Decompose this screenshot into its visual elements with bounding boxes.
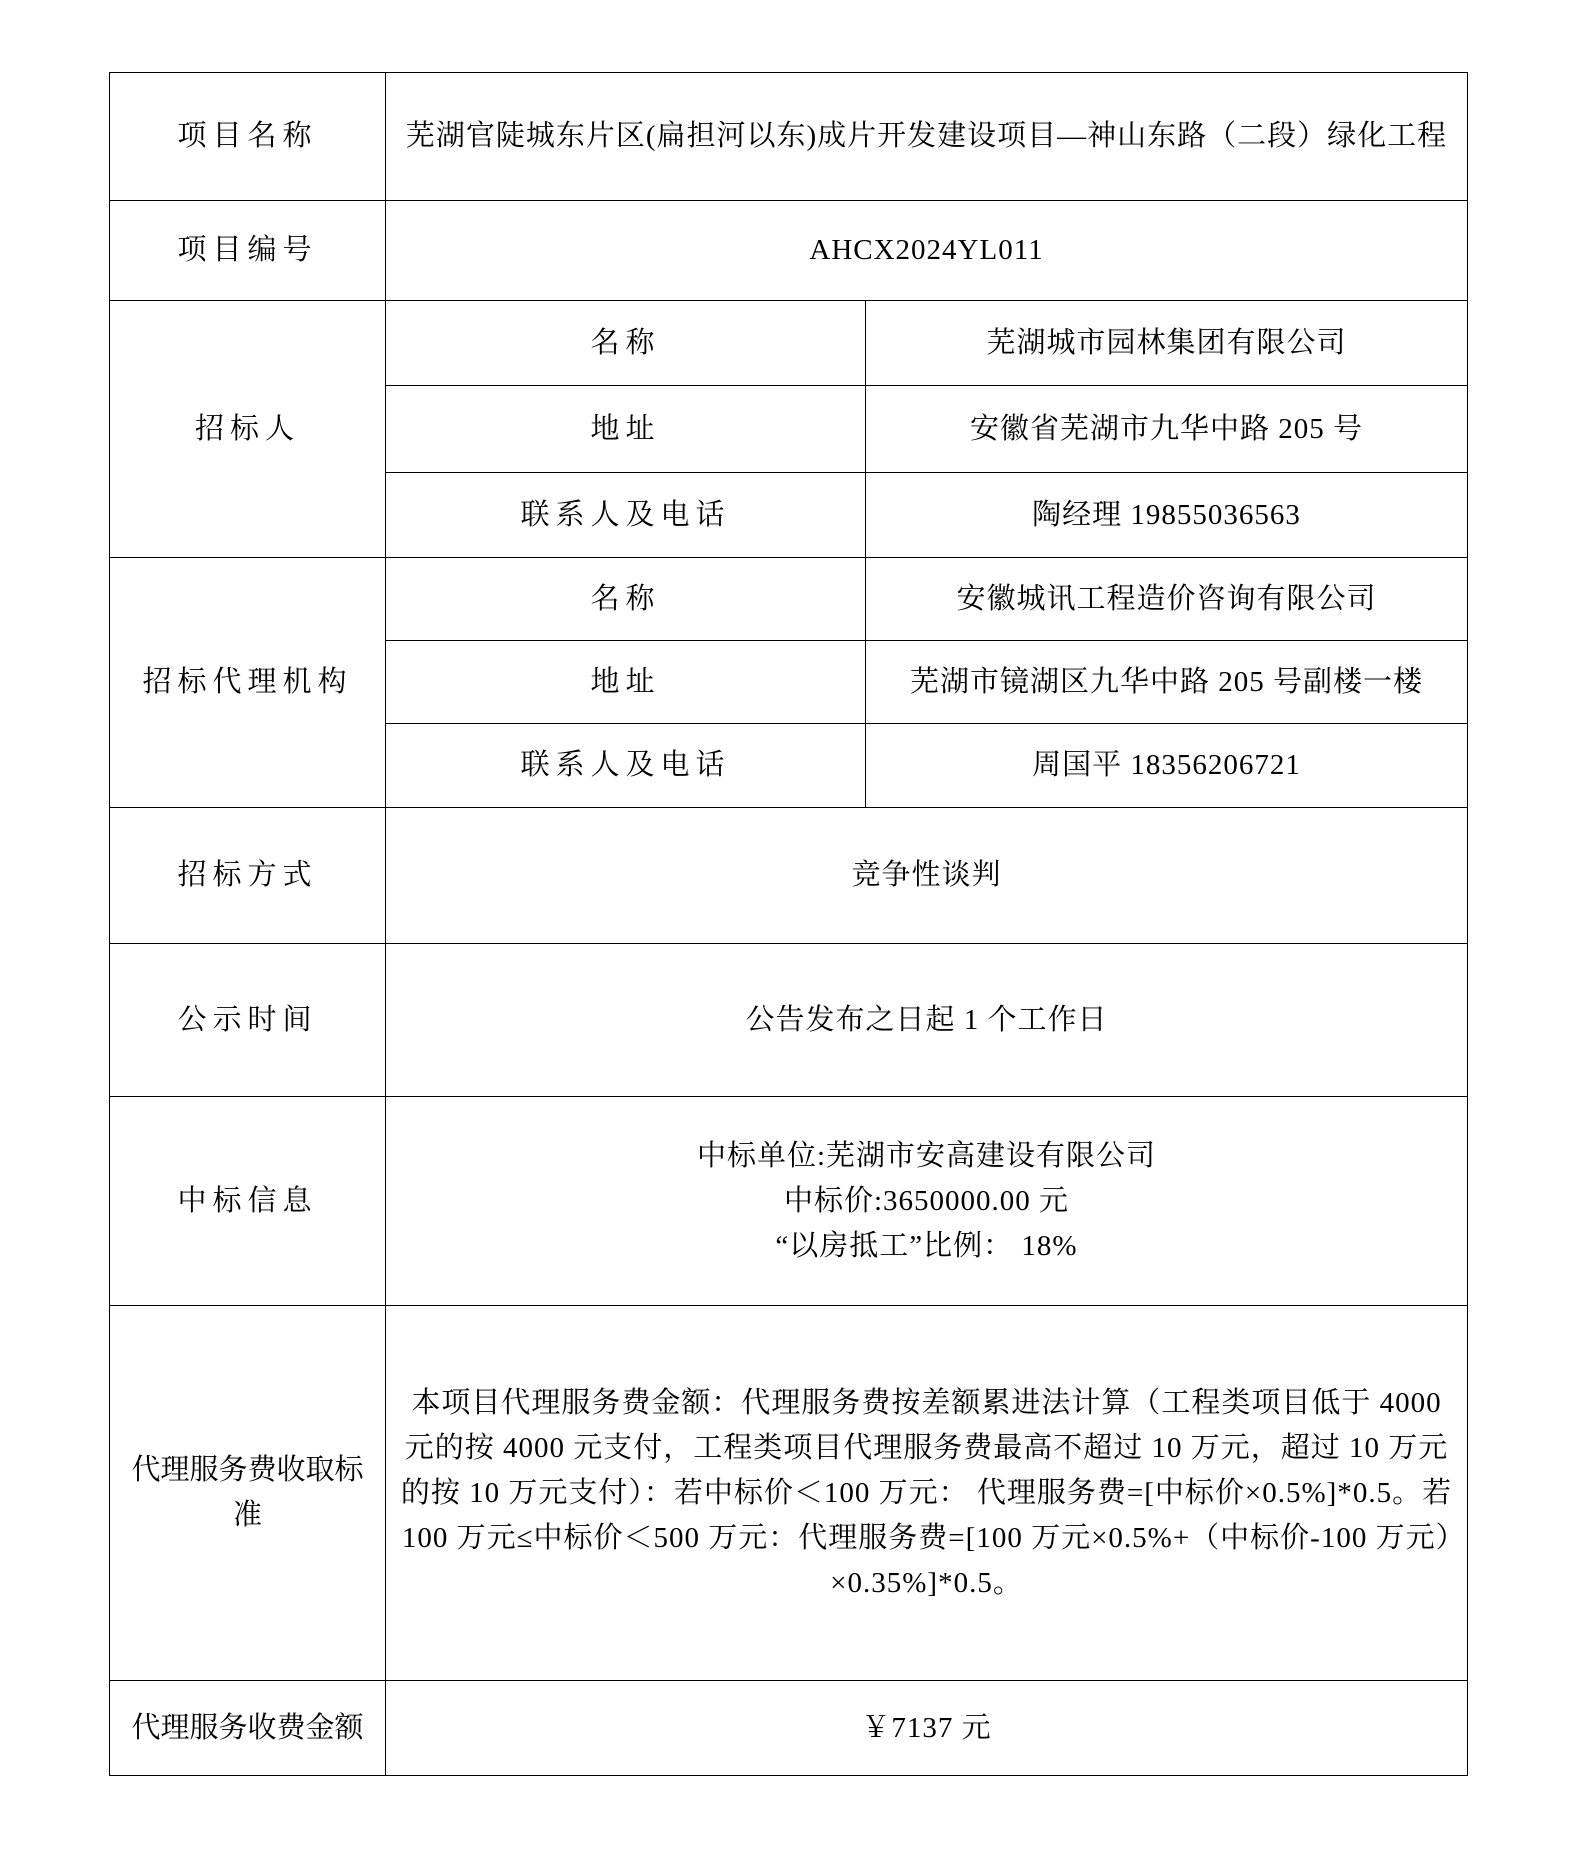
award-winner: 中标单位:芜湖市安高建设有限公司	[396, 1134, 1457, 1179]
publicity-value: 公告发布之日起 1 个工作日	[386, 944, 1468, 1097]
tenderer-address-value: 安徽省芜湖市九华中路 205 号	[866, 386, 1468, 473]
tenderer-label: 招标人	[110, 301, 386, 558]
agency-contact-label: 联系人及电话	[386, 724, 866, 808]
tenderer-contact-value: 陶经理 19855036563	[866, 473, 1468, 558]
tenderer-name-value: 芜湖城市园林集团有限公司	[866, 301, 1468, 386]
award-price: 中标价:3650000.00 元	[396, 1179, 1457, 1224]
award-label: 中标信息	[110, 1097, 386, 1306]
tenderer-address-label: 地址	[386, 386, 866, 473]
agency-label: 招标代理机构	[110, 558, 386, 808]
agency-address-label: 地址	[386, 641, 866, 724]
row-agency-name: 招标代理机构 名称 安徽城讯工程造价咨询有限公司	[110, 558, 1468, 641]
tenderer-contact-label: 联系人及电话	[386, 473, 866, 558]
agency-address-value: 芜湖市镜湖区九华中路 205 号副楼一楼	[866, 641, 1468, 724]
agency-name-value: 安徽城讯工程造价咨询有限公司	[866, 558, 1468, 641]
project-code-label: 项目编号	[110, 201, 386, 301]
fee-amount-label: 代理服务收费金额	[110, 1681, 386, 1776]
tenderer-name-label: 名称	[386, 301, 866, 386]
row-tenderer-name: 招标人 名称 芜湖城市园林集团有限公司	[110, 301, 1468, 386]
method-label: 招标方式	[110, 808, 386, 944]
row-project-name: 项目名称 芜湖官陡城东片区(扁担河以东)成片开发建设项目—神山东路（二段）绿化工…	[110, 73, 1468, 201]
announcement-page: 项目名称 芜湖官陡城东片区(扁担河以东)成片开发建设项目—神山东路（二段）绿化工…	[0, 0, 1587, 1849]
fee-standard-label: 代理服务费收取标准	[110, 1306, 386, 1681]
tender-result-table: 项目名称 芜湖官陡城东片区(扁担河以东)成片开发建设项目—神山东路（二段）绿化工…	[109, 72, 1468, 1776]
row-publicity: 公示时间 公告发布之日起 1 个工作日	[110, 944, 1468, 1097]
row-project-code: 项目编号 AHCX2024YL011	[110, 201, 1468, 301]
award-value: 中标单位:芜湖市安高建设有限公司 中标价:3650000.00 元 “以房抵工”…	[386, 1097, 1468, 1306]
fee-standard-value: 本项目代理服务费金额：代理服务费按差额累进法计算（工程类项目低于 4000 元的…	[386, 1306, 1468, 1681]
row-fee-amount: 代理服务收费金额 ￥7137 元	[110, 1681, 1468, 1776]
project-code-value: AHCX2024YL011	[386, 201, 1468, 301]
method-value: 竞争性谈判	[386, 808, 1468, 944]
agency-name-label: 名称	[386, 558, 866, 641]
project-name-value: 芜湖官陡城东片区(扁担河以东)成片开发建设项目—神山东路（二段）绿化工程	[386, 73, 1468, 201]
row-method: 招标方式 竞争性谈判	[110, 808, 1468, 944]
project-name-label: 项目名称	[110, 73, 386, 201]
fee-amount-value: ￥7137 元	[386, 1681, 1468, 1776]
row-fee-standard: 代理服务费收取标准 本项目代理服务费金额：代理服务费按差额累进法计算（工程类项目…	[110, 1306, 1468, 1681]
row-award: 中标信息 中标单位:芜湖市安高建设有限公司 中标价:3650000.00 元 “…	[110, 1097, 1468, 1306]
agency-contact-value: 周国平 18356206721	[866, 724, 1468, 808]
publicity-label: 公示时间	[110, 944, 386, 1097]
award-ratio: “以房抵工”比例： 18%	[396, 1224, 1457, 1269]
